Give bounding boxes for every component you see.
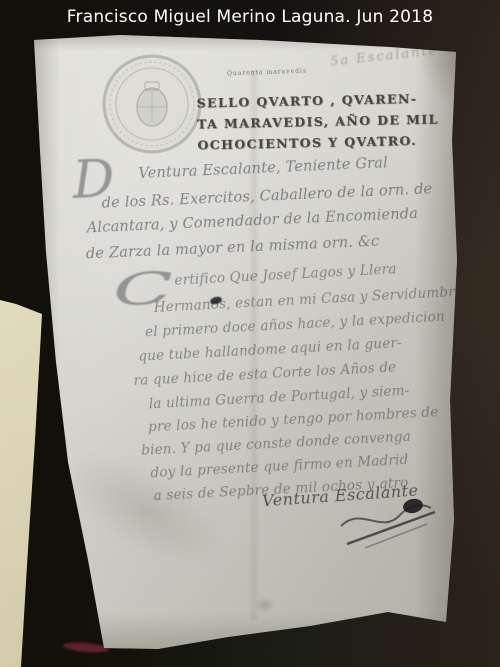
paper-stain <box>256 598 274 612</box>
signature-rubric-flourish-icon <box>335 492 445 550</box>
faint-pencil-inscription: 5a Escalante <box>330 43 440 69</box>
handwriting-line: Ventura Escalante, Teniente Gral <box>138 155 388 182</box>
handwriting-line: ertifico Que Josef Lagos y Llera <box>174 261 397 289</box>
manuscript-sheet: Quarenta maravedis 5a Escalante SELLO QV… <box>0 0 500 667</box>
circular-ink-seal-icon <box>100 52 204 156</box>
museum-photo: Francisco Miguel Merino Laguna. Jun 2018… <box>0 0 500 667</box>
illegible-small-stamp-print: Quarenta maravedis <box>227 68 307 78</box>
handwritten-paragraph-body: C ertifico Que Josef Lagos y Llera Herma… <box>112 248 500 518</box>
handwriting-line: Alcantara, y Comendador de la Encomienda <box>86 206 418 236</box>
paper-shading <box>60 612 460 650</box>
photo-caption: Francisco Miguel Merino Laguna. Jun 2018 <box>0 7 500 27</box>
red-paper-sliver <box>63 641 110 654</box>
